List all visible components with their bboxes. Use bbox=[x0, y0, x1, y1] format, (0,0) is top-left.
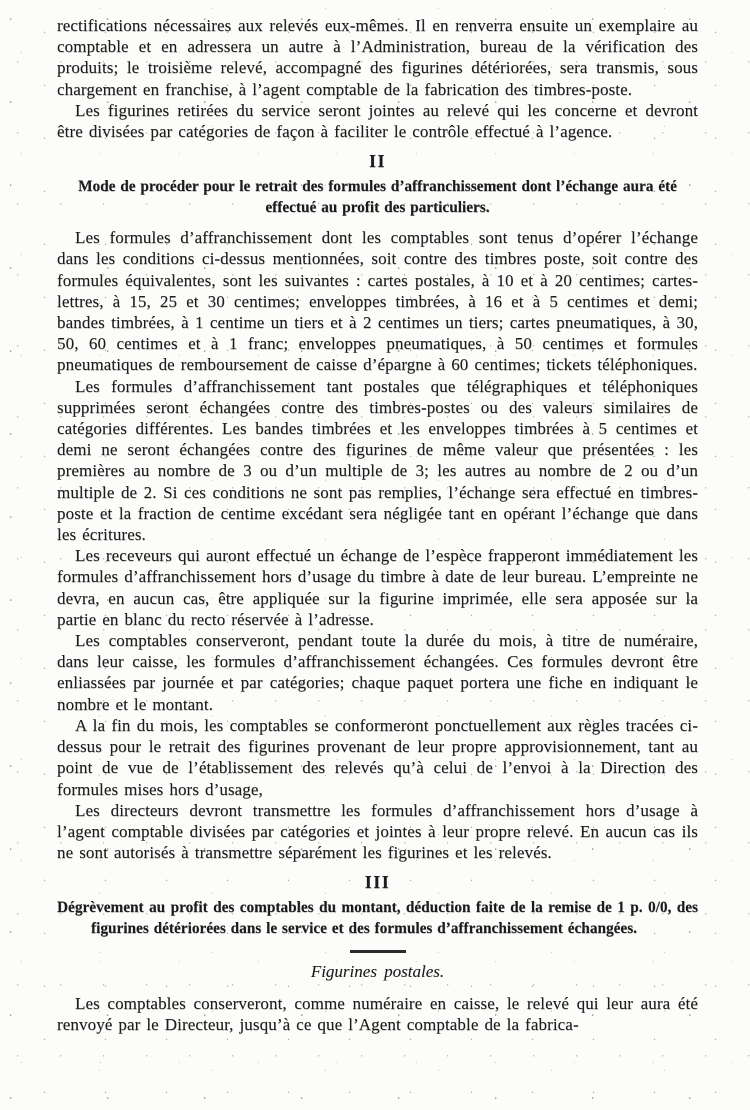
subsection-title-figurines: Figurines postales. bbox=[57, 962, 698, 982]
section-ii-heading: Mode de procéder pour le retrait des for… bbox=[71, 177, 685, 218]
body-paragraph: Les comptables conserveront, pendant tou… bbox=[57, 630, 698, 715]
section-iii-number: III bbox=[57, 872, 698, 893]
body-paragraph: A la fin du mois, les comptables se conf… bbox=[57, 715, 698, 800]
body-paragraph: Les formules d’affranchissement dont les… bbox=[57, 227, 698, 375]
body-paragraph: Les receveurs qui auront effectué un éch… bbox=[57, 545, 698, 630]
body-paragraph: rectifications nécessaires aux relevés e… bbox=[57, 15, 698, 100]
scanned-document-page: rectifications nécessaires aux relevés e… bbox=[0, 0, 750, 1110]
section-divider bbox=[350, 950, 406, 953]
section-iii-heading: Dégrèvement au profit des comptables du … bbox=[57, 898, 698, 939]
body-paragraph: Les directeurs devront transmettre les f… bbox=[57, 800, 698, 864]
body-paragraph: Les formules d’affranchissement tant pos… bbox=[57, 376, 698, 546]
section-ii-number: II bbox=[57, 151, 698, 172]
body-paragraph: Les comptables conserveront, comme numér… bbox=[57, 993, 698, 1035]
body-paragraph: Les figurines retirées du service seront… bbox=[57, 100, 698, 142]
text-column: rectifications nécessaires aux relevés e… bbox=[0, 0, 750, 1035]
